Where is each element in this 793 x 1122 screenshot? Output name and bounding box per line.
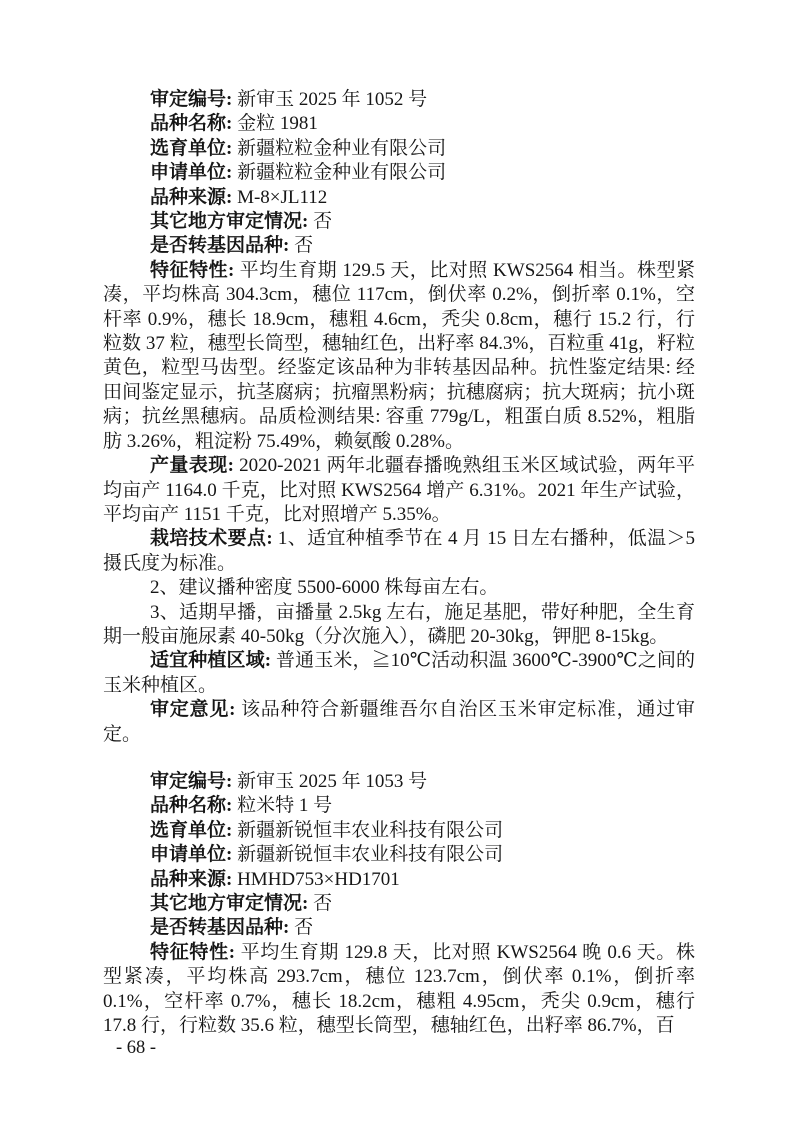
- field-row: 其它地方审定情况: 否: [103, 210, 695, 234]
- variety-entry-1053: 审定编号: 新审玉 2025 年 1053 号 品种名称: 粒米特 1 号 选育…: [103, 770, 695, 1038]
- field-row: 品种名称: 金粒 1981: [103, 112, 695, 136]
- paragraph-label: 审定意见:: [150, 699, 241, 720]
- field-value: 新疆新锐恒丰农业科技有限公司: [237, 820, 503, 841]
- field-value: 否: [313, 211, 332, 232]
- field-row: 申请单位: 新疆粒粒金种业有限公司: [103, 161, 695, 185]
- field-row: 审定编号: 新审玉 2025 年 1053 号: [103, 770, 695, 794]
- field-label: 是否转基因品种:: [150, 235, 294, 256]
- field-label: 是否转基因品种:: [150, 917, 294, 938]
- paragraph-label: 栽培技术要点:: [150, 528, 278, 549]
- field-value: 新疆新锐恒丰农业科技有限公司: [237, 844, 503, 865]
- field-label: 选育单位:: [150, 138, 237, 159]
- field-value: M-8×JL112: [237, 187, 327, 208]
- paragraph-cultivation-3: 3、适期早播，亩播量 2.5kg 左右，施足基肥，带好种肥，全生育期一般亩施尿素…: [103, 601, 695, 650]
- paragraph-text: 平均生育期 129.5 天，比对照 KWS2564 相当。株型紧凑，平均株高 3…: [103, 260, 695, 452]
- paragraph-label: 特征特性:: [150, 942, 241, 963]
- paragraph-suitable-region: 适宜种植区域: 普通玉米，≧10℃活动积温 3600℃-3900℃之间的玉米种植…: [103, 649, 695, 698]
- field-value: 金粒 1981: [237, 113, 318, 134]
- field-value: 新疆粒粒金种业有限公司: [237, 162, 446, 183]
- field-value: HMHD753×HD1701: [237, 869, 400, 890]
- field-value: 新审玉 2025 年 1053 号: [237, 771, 427, 792]
- field-row: 是否转基因品种: 否: [103, 234, 695, 258]
- paragraph-yield: 产量表现: 2020-2021 两年北疆春播晚熟组玉米区域试验，两年平均亩产 1…: [103, 454, 695, 527]
- field-label: 品种名称:: [150, 113, 237, 134]
- field-row: 品种名称: 粒米特 1 号: [103, 794, 695, 818]
- document-page: 审定编号: 新审玉 2025 年 1052 号 品种名称: 金粒 1981 选育…: [0, 0, 793, 1122]
- field-label: 品种名称:: [150, 795, 237, 816]
- field-label: 审定编号:: [150, 771, 237, 792]
- field-value: 新疆粒粒金种业有限公司: [237, 138, 446, 159]
- paragraph-traits: 特征特性: 平均生育期 129.5 天，比对照 KWS2564 相当。株型紧凑，…: [103, 259, 695, 454]
- page-number: - 68 -: [116, 1036, 156, 1060]
- variety-entry-1052: 审定编号: 新审玉 2025 年 1052 号 品种名称: 金粒 1981 选育…: [103, 88, 695, 747]
- field-row: 品种来源: M-8×JL112: [103, 186, 695, 210]
- field-label: 其它地方审定情况:: [150, 211, 313, 232]
- field-row: 其它地方审定情况: 否: [103, 892, 695, 916]
- paragraph-traits: 特征特性: 平均生育期 129.8 天，比对照 KWS2564 晚 0.6 天。…: [103, 941, 695, 1039]
- paragraph-label: 适宜种植区域:: [150, 650, 276, 671]
- paragraph-cultivation-1: 栽培技术要点: 1、适宜种植季节在 4 月 15 日左右播种，低温＞5 摄氏度为…: [103, 527, 695, 576]
- field-label: 品种来源:: [150, 187, 237, 208]
- field-row: 选育单位: 新疆新锐恒丰农业科技有限公司: [103, 819, 695, 843]
- field-row: 申请单位: 新疆新锐恒丰农业科技有限公司: [103, 843, 695, 867]
- field-row: 审定编号: 新审玉 2025 年 1052 号: [103, 88, 695, 112]
- document-content: 审定编号: 新审玉 2025 年 1052 号 品种名称: 金粒 1981 选育…: [103, 88, 695, 1038]
- paragraph-label: 特征特性:: [150, 260, 240, 281]
- field-label: 审定编号:: [150, 89, 237, 110]
- field-value: 否: [313, 893, 332, 914]
- field-value: 否: [294, 917, 313, 938]
- paragraph-approval-opinion: 审定意见: 该品种符合新疆维吾尔自治区玉米审定标准，通过审定。: [103, 698, 695, 747]
- field-value: 否: [294, 235, 313, 256]
- field-label: 申请单位:: [150, 162, 237, 183]
- field-label: 品种来源:: [150, 869, 237, 890]
- section-spacer: [103, 747, 695, 770]
- field-value: 粒米特 1 号: [237, 795, 332, 816]
- field-row: 是否转基因品种: 否: [103, 916, 695, 940]
- paragraph-text: 3、适期早播，亩播量 2.5kg 左右，施足基肥，带好种肥，全生育期一般亩施尿素…: [103, 602, 695, 647]
- paragraph-label: 产量表现:: [150, 455, 239, 476]
- field-label: 申请单位:: [150, 844, 237, 865]
- paragraph-text: 2、建议播种密度 5500-6000 株每亩左右。: [150, 577, 498, 598]
- field-row: 品种来源: HMHD753×HD1701: [103, 868, 695, 892]
- field-row: 选育单位: 新疆粒粒金种业有限公司: [103, 137, 695, 161]
- field-label: 选育单位:: [150, 820, 237, 841]
- field-value: 新审玉 2025 年 1052 号: [237, 89, 427, 110]
- field-label: 其它地方审定情况:: [150, 893, 313, 914]
- paragraph-cultivation-2: 2、建议播种密度 5500-6000 株每亩左右。: [103, 576, 695, 600]
